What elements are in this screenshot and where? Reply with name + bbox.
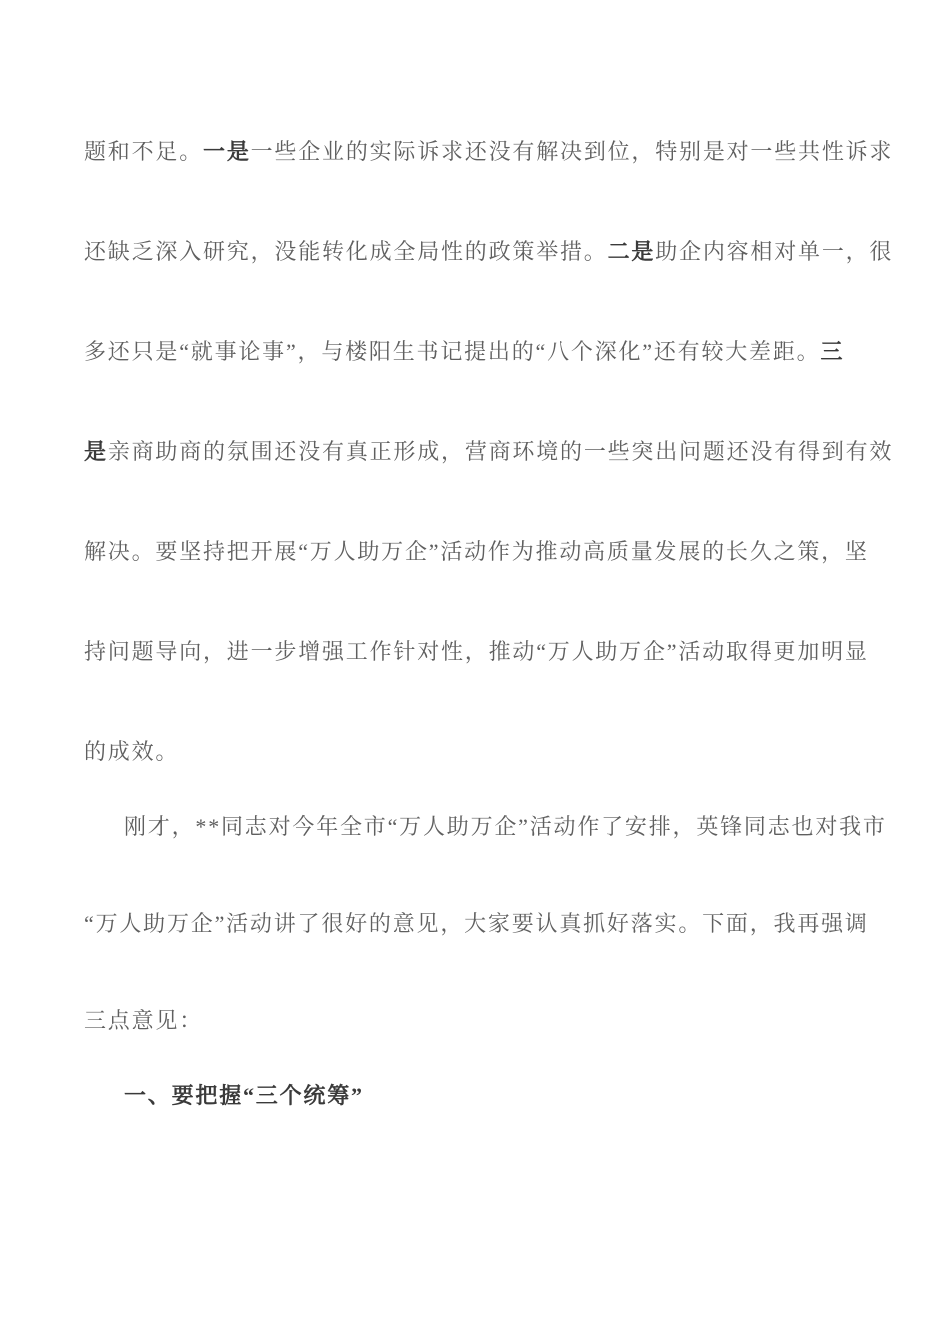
text-line: “万人助万企”活动讲了很好的意见，大家要认真抓好落实。下面，我再强调 (84, 875, 910, 972)
text-line: 持问题导向，进一步增强工作针对性，推动“万人助万企”活动取得更加明显 (84, 602, 910, 702)
text-line: 是亲商助商的氛围还没有真正形成，营商环境的一些突出问题还没有得到有效 (84, 402, 910, 502)
text-run: 解决。要坚持把开展“万人助万企”活动作为推动高质量发展的长久之策，坚 (84, 539, 869, 564)
text-line: 一、要把握“三个统筹” (84, 1069, 910, 1123)
text-run: 一些企业的实际诉求还没有解决到位，特别是对一些共性诉求 (251, 139, 894, 164)
text-line: 刚才，**同志对今年全市“万人助万企”活动作了安排，英锋同志也对我市 (84, 778, 910, 875)
text-run: “万人助万企”活动讲了很好的意见，大家要认真抓好落实。下面，我再强调 (84, 911, 869, 936)
document-page: 题和不足。一是一些企业的实际诉求还没有解决到位，特别是对一些共性诉求还缺乏深入研… (0, 0, 950, 1344)
bold-text-run: 一、要把握“三个统筹” (124, 1083, 364, 1108)
text-line: 题和不足。一是一些企业的实际诉求还没有解决到位，特别是对一些共性诉求 (84, 102, 910, 202)
text-run: 亲商助商的氛围还没有真正形成，营商环境的一些突出问题还没有得到有效 (108, 439, 893, 464)
text-run: 多还只是“就事论事”，与楼阳生书记提出的“八个深化”还有较大差距。 (84, 339, 820, 364)
section-heading: 一、要把握“三个统筹” (84, 1069, 910, 1123)
text-run: 的成效。 (84, 739, 179, 764)
text-line: 还缺乏深入研究，没能转化成全局性的政策举措。二是助企内容相对单一，很 (84, 202, 910, 302)
bold-text-run: 二是 (608, 239, 656, 264)
bold-text-run: 三 (820, 339, 844, 364)
text-run: 助企内容相对单一，很 (655, 239, 893, 264)
text-run: 还缺乏深入研究，没能转化成全局性的政策举措。 (84, 239, 608, 264)
text-run: 三点意见： (84, 1008, 203, 1033)
text-line: 三点意见： (84, 972, 910, 1069)
text-run: 题和不足。 (84, 139, 203, 164)
bold-text-run: 一是 (203, 139, 251, 164)
text-line: 多还只是“就事论事”，与楼阳生书记提出的“八个深化”还有较大差距。三 (84, 302, 910, 402)
bold-text-run: 是 (84, 439, 108, 464)
text-run: 刚才，**同志对今年全市“万人助万企”活动作了安排，英锋同志也对我市 (124, 814, 887, 839)
document-body: 题和不足。一是一些企业的实际诉求还没有解决到位，特别是对一些共性诉求还缺乏深入研… (84, 102, 910, 1123)
text-run: 持问题导向，进一步增强工作针对性，推动“万人助万企”活动取得更加明显 (84, 639, 869, 664)
text-line: 解决。要坚持把开展“万人助万企”活动作为推动高质量发展的长久之策，坚 (84, 502, 910, 602)
para-just-now: 刚才，**同志对今年全市“万人助万企”活动作了安排，英锋同志也对我市“万人助万企… (84, 778, 910, 1069)
para-continuation: 题和不足。一是一些企业的实际诉求还没有解决到位，特别是对一些共性诉求还缺乏深入研… (84, 102, 910, 802)
